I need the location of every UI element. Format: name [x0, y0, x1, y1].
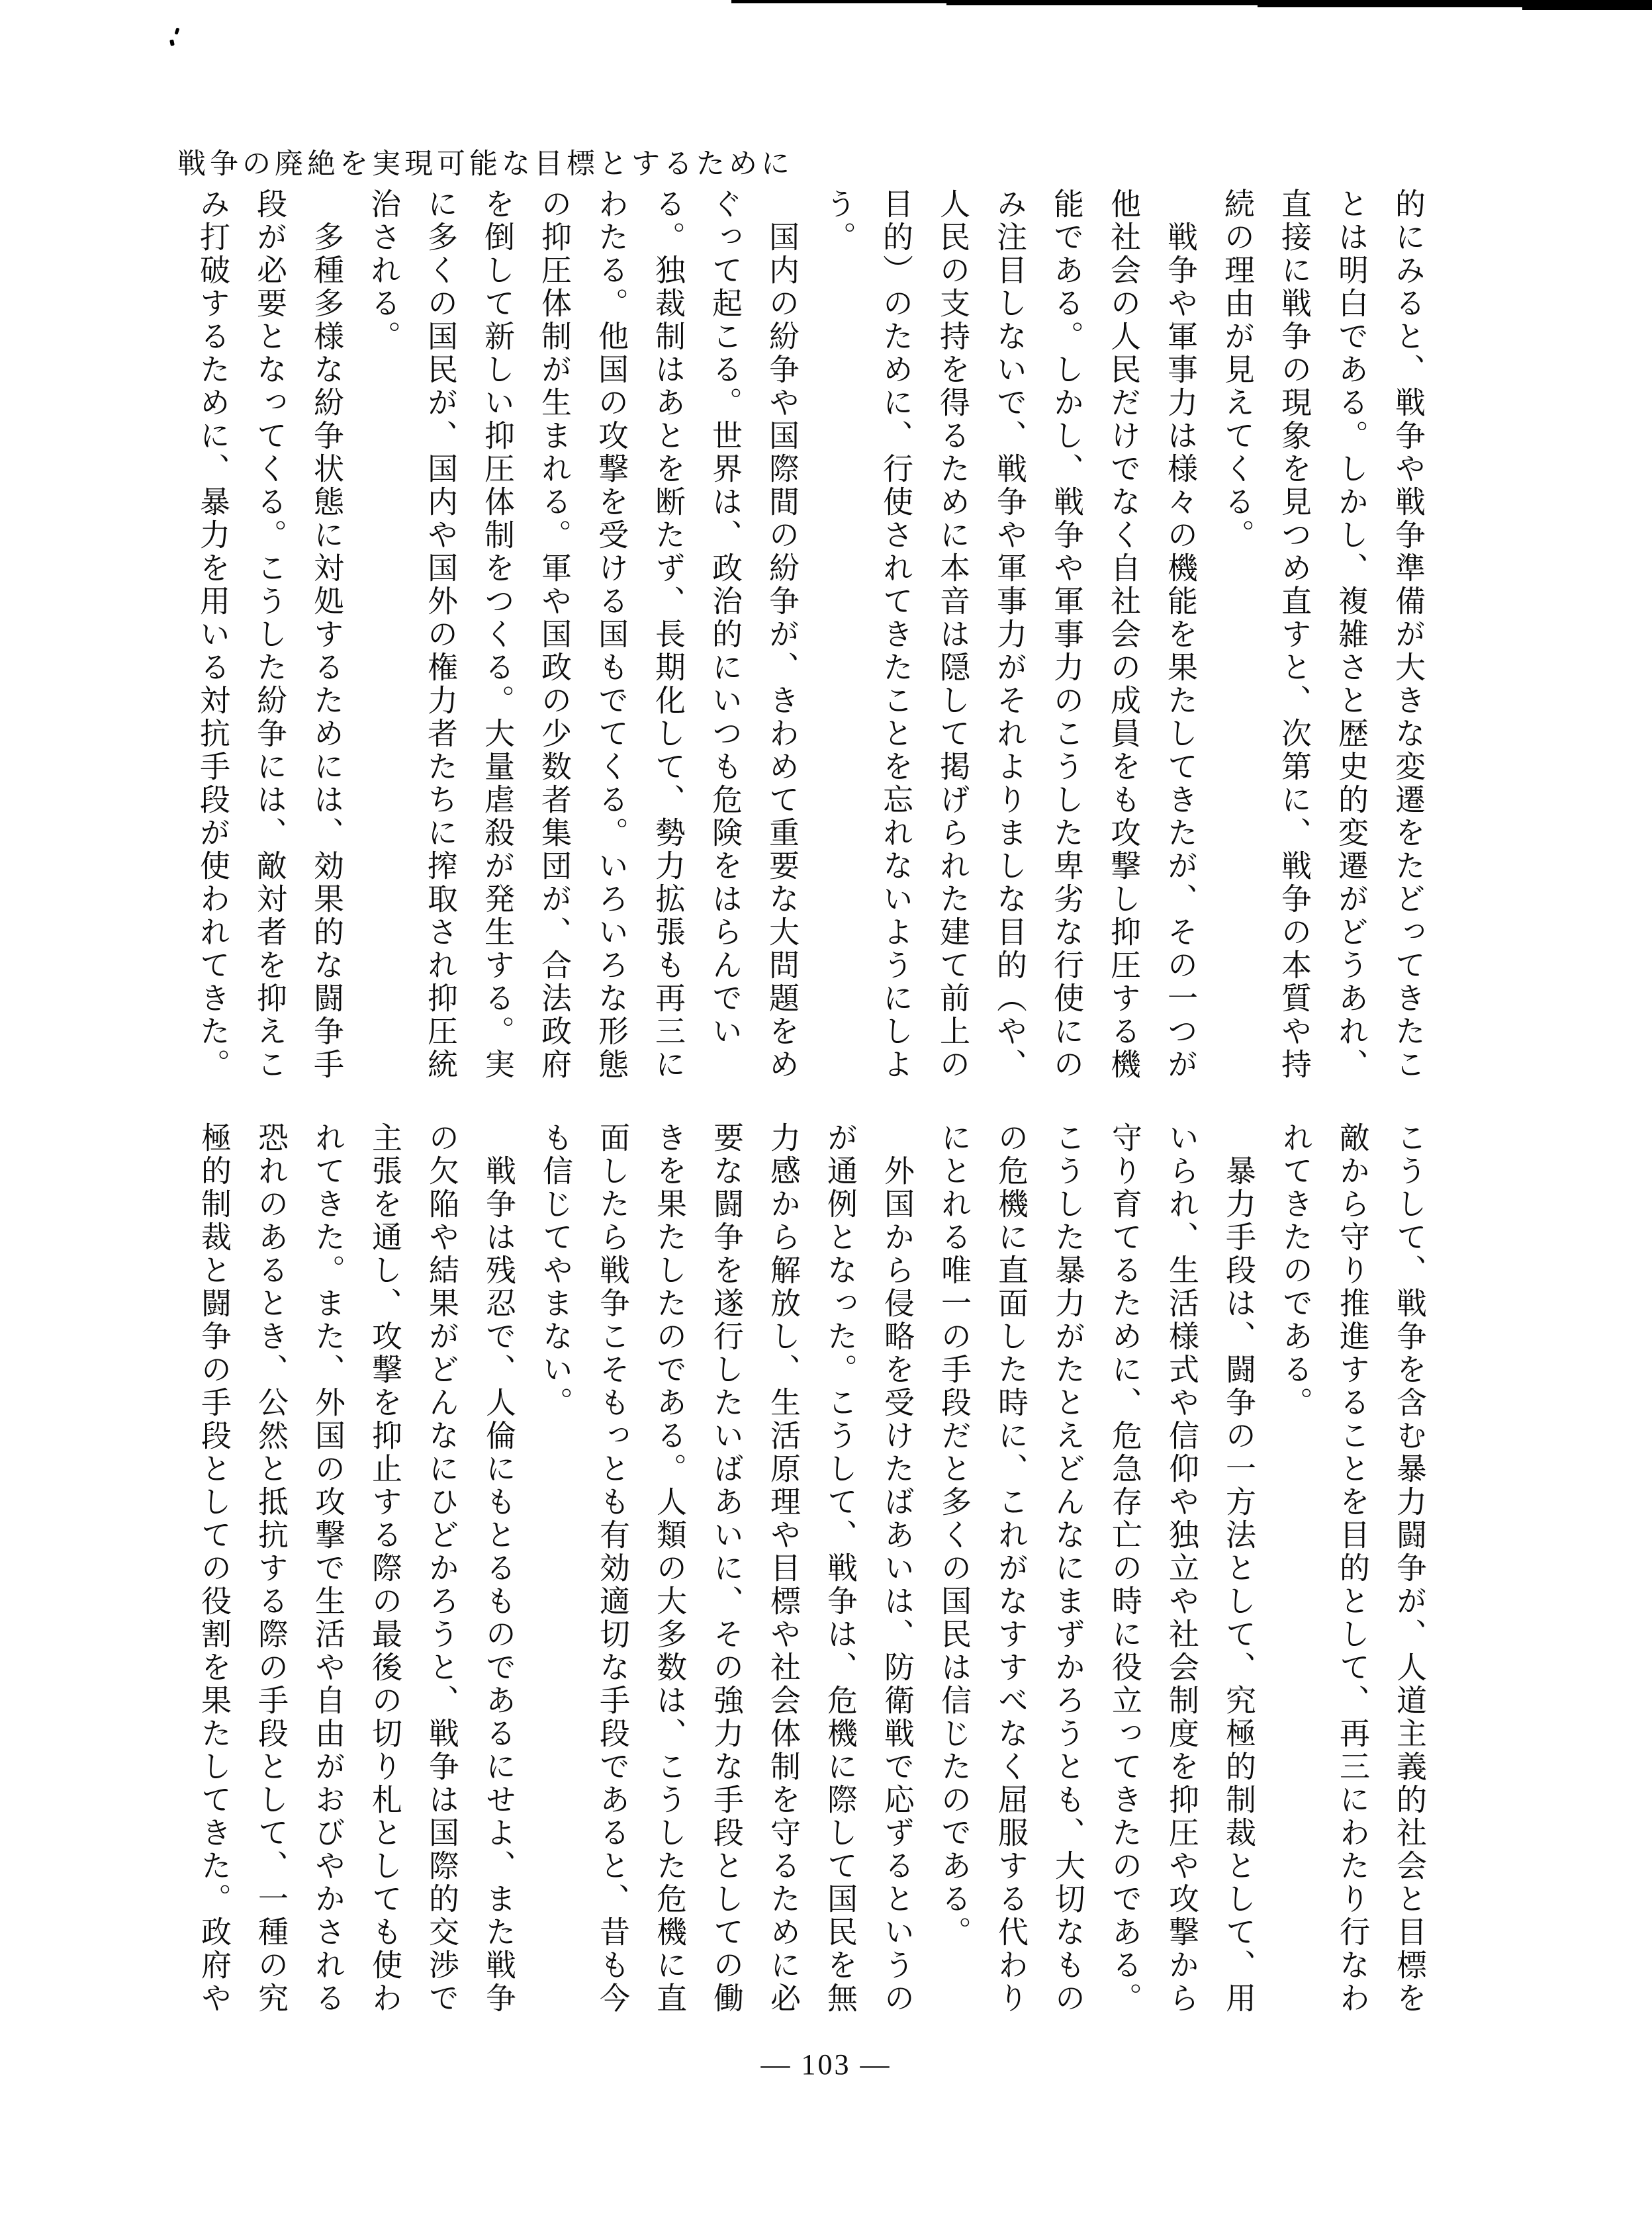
- paragraph-continuation: こうして、戦争を含む暴力闘争が、人道主義的社会と目標を敵から守り推進することを目…: [1267, 1122, 1438, 2019]
- text-block-top: 的にみると、戦争や戦争準備が大きな変遷をたどってきたことは明白である。しかし、複…: [184, 188, 1436, 1085]
- scan-artifact-top-strip: [1522, 0, 1652, 10]
- book-page: 戦争の廃絶を実現可能な目標とするために 的にみると、戦争や戦争準備が大きな変遷を…: [0, 0, 1652, 2223]
- paragraph: 国内の紛争や国際間の紛争が、きわめて重要な大問題をめぐって起こる。世界は、政治的…: [355, 188, 810, 1085]
- paragraph: 戦争は残忍で、人倫にもとるものであるにせよ、また戦争の欠陥や結果がどんなにひどか…: [185, 1122, 527, 2019]
- running-header-title: 戦争の廃絶を実現可能な目標とするために: [177, 142, 794, 182]
- page-number: — 103 —: [0, 2048, 1652, 2081]
- scan-dust-speck: [169, 39, 175, 46]
- paragraph: 暴力手段は、闘争の一方法として、究極的制裁として、用いられ、生活様式や信仰や独立…: [925, 1122, 1267, 2019]
- paragraph: 外国から侵略を受けたばあいは、防衛戦で応ずるというのが通例となった。こうして、戦…: [527, 1122, 925, 2019]
- paragraph-continuation: 的にみると、戦争や戦争準備が大きな変遷をたどってきたことは明白である。しかし、複…: [1209, 188, 1436, 1085]
- scan-dust-speck: [175, 27, 180, 34]
- paragraph: 戦争や軍事力は様々の機能を果たしてきたが、その一つが他社会の人民だけでなく自社会…: [810, 188, 1209, 1085]
- text-block-bottom: こうして、戦争を含む暴力闘争が、人道主義的社会と目標を敵から守り推進することを目…: [185, 1122, 1438, 2019]
- paragraph: 多種多様な紛争状態に対処するためには、効果的な闘争手段が必要となってくる。こうし…: [184, 188, 355, 1085]
